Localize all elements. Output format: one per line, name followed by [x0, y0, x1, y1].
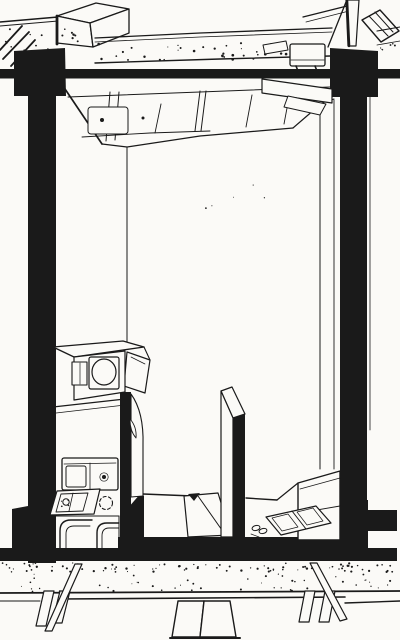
stipple-dot [221, 54, 224, 57]
stipple-dot [32, 563, 33, 564]
grill-knob [102, 475, 106, 479]
stipple-dot [226, 45, 228, 47]
stipple-dot [241, 48, 242, 49]
stipple-dot [6, 43, 7, 44]
stipple-dot [282, 569, 284, 571]
stipple-dot [390, 44, 392, 46]
stipple-dot [341, 567, 343, 569]
stipple-dot [364, 580, 365, 581]
stipple-dot [9, 567, 11, 569]
stipple-dot [306, 567, 308, 569]
stipple-dot [233, 197, 234, 198]
stipple-dot [5, 41, 7, 43]
stipple-dot [264, 565, 265, 566]
stipple-dot [159, 564, 160, 565]
stipple-dot [391, 571, 393, 573]
stipple-dot [278, 574, 279, 575]
stipple-dot [77, 40, 79, 42]
stipple-dot [389, 565, 391, 567]
stipple-dot [253, 185, 254, 186]
stipple-dot [368, 570, 370, 572]
stipple-dot [11, 571, 12, 572]
stipple-dot [285, 53, 288, 56]
stipple-dot [387, 584, 388, 585]
stipple-dot [240, 569, 242, 571]
stipple-dot [72, 33, 74, 35]
speaker-box [72, 362, 87, 385]
stipple-dot [185, 568, 187, 570]
stipple-dot [205, 564, 206, 565]
stipple-dot [282, 575, 284, 577]
ceiling-dot-2 [142, 117, 145, 120]
stipple-dot [51, 570, 53, 572]
stipple-dot [127, 59, 129, 61]
right-column-head [330, 48, 378, 97]
stipple-dot [335, 576, 336, 577]
stipple-dot [61, 505, 63, 507]
stipple-dot [250, 567, 251, 568]
stipple-dot [31, 588, 32, 589]
stipple-dot [111, 569, 112, 570]
stipple-dot [193, 564, 194, 565]
stipple-dot [34, 574, 35, 575]
stipple-dot [256, 51, 258, 53]
stipple-dot [33, 577, 35, 579]
stipple-dot [39, 588, 40, 589]
ceiling-light-dot [100, 118, 104, 122]
stipple-dot [200, 587, 202, 589]
stipple-dot [342, 565, 344, 567]
partition-front-face [221, 391, 233, 537]
stipple-dot [344, 570, 346, 572]
stipple-dot [30, 34, 31, 35]
stipple-dot [187, 579, 189, 581]
stipple-dot [304, 566, 306, 568]
stipple-dot [159, 59, 161, 61]
stipple-dot [26, 570, 28, 572]
stipple-dot [180, 47, 182, 49]
stipple-dot [270, 570, 272, 572]
stipple-dot [52, 566, 53, 567]
stipple-dot [13, 568, 14, 569]
stipple-dot [268, 571, 270, 573]
stipple-dot [103, 570, 104, 571]
stipple-dot [267, 567, 269, 569]
right-base-stub-beam [366, 510, 397, 531]
stipple-dot [223, 56, 225, 58]
stipple-dot [257, 568, 259, 570]
stipple-dot [231, 58, 234, 61]
stipple-dot [131, 583, 132, 584]
stipple-dot [81, 568, 83, 570]
stipple-dot [240, 42, 242, 44]
vent-box [290, 44, 325, 66]
stipple-dot [36, 566, 38, 568]
stipple-dot [68, 499, 70, 501]
stipple-dot [97, 43, 100, 46]
stipple-dot [355, 584, 357, 586]
stipple-dot [41, 34, 43, 36]
ceiling-light-panel [88, 107, 128, 134]
stipple-dot [280, 52, 282, 54]
stipple-dot [219, 564, 221, 566]
stipple-dot [257, 54, 259, 56]
stipple-dot [297, 569, 298, 570]
stipple-dot [115, 55, 117, 57]
drawing-scene [0, 0, 400, 640]
stipple-dot [394, 45, 396, 47]
capsule-drawing-canvas: Capsule room cutaway axonometric ink dra… [0, 0, 400, 640]
stipple-dot [247, 578, 249, 580]
stipple-dot [21, 586, 22, 587]
stipple-dot [24, 563, 26, 565]
stipple-dot [178, 50, 179, 51]
stipple-dot [161, 589, 163, 591]
stipple-dot [382, 49, 383, 50]
left-column-foot [12, 506, 28, 548]
tv-cabinet-open-door [124, 352, 150, 393]
stipple-dot [174, 587, 175, 588]
partition-dark-edge [233, 414, 245, 537]
stipple-dot [264, 197, 265, 198]
stipple-dot [332, 566, 333, 567]
stipple-dot [137, 582, 138, 583]
stipple-dot [357, 565, 358, 566]
stipple-dot [138, 582, 140, 584]
stipple-dot [229, 565, 231, 567]
stipple-dot [107, 587, 109, 589]
stipple-dot [99, 584, 101, 586]
stipple-dot [177, 45, 178, 46]
stipple-dot [231, 54, 234, 57]
stipple-dot [122, 51, 124, 53]
stipple-dot [134, 565, 135, 566]
stipple-dot [35, 562, 37, 564]
stipple-dot [131, 47, 133, 49]
stipple-dot [152, 570, 154, 572]
stipple-dot [362, 574, 364, 576]
stipple-dot [30, 581, 32, 583]
floor-pedestal-right [200, 601, 236, 637]
stipple-dot [93, 570, 95, 572]
stipple-dot [211, 205, 212, 206]
stipple-dot [340, 564, 342, 566]
stipple-dot [115, 566, 117, 568]
stipple-dot [184, 569, 185, 570]
stipple-dot [243, 55, 245, 57]
stipple-dot [261, 583, 262, 584]
stipple-dot [389, 580, 391, 582]
stipple-dot [362, 569, 364, 571]
stipple-dot [179, 565, 181, 567]
stipple-dot [64, 28, 66, 30]
stipple-dot [104, 567, 106, 569]
stipple-dot [114, 568, 116, 570]
stipple-dot [68, 505, 70, 507]
left-column-head [14, 48, 66, 96]
stipple-dot [164, 563, 166, 565]
stipple-dot [329, 567, 330, 568]
stipple-dot [31, 569, 33, 571]
stipple-dot [72, 562, 73, 563]
stipple-dot [35, 45, 37, 47]
right-column [340, 95, 367, 555]
stipple-dot [61, 34, 63, 36]
stipple-dot [350, 571, 352, 573]
stipple-dot [291, 580, 293, 582]
stipple-dot [302, 566, 304, 568]
stipple-dot [274, 587, 275, 588]
stipple-dot [180, 585, 181, 586]
stipple-dot [167, 46, 168, 47]
stipple-dot [381, 564, 383, 566]
tv-screen [92, 359, 116, 385]
stipple-dot [376, 564, 378, 566]
capsule-axonometric-drawing: Capsule room cutaway axonometric ink dra… [0, 0, 400, 640]
stipple-dot [214, 47, 216, 49]
stipple-dot [10, 46, 12, 48]
stipple-dot [282, 566, 284, 568]
stipple-dot [28, 564, 30, 566]
stipple-dot [378, 587, 379, 588]
stipple-dot [125, 567, 127, 569]
stipple-dot [197, 566, 199, 568]
stipple-dot [294, 581, 296, 583]
stipple-dot [62, 565, 64, 567]
stipple-dot [386, 571, 388, 573]
stipple-dot [392, 43, 394, 45]
stipple-dot [193, 50, 196, 53]
stipple-dot [191, 589, 193, 591]
stipple-dot [222, 53, 224, 55]
floor-pedestal-left [172, 601, 204, 637]
stipple-dot [380, 47, 381, 48]
stipple-dot [152, 568, 153, 569]
stipple-dot [240, 588, 242, 590]
stipple-dot [370, 586, 371, 587]
stipple-dot [115, 571, 117, 573]
stipple-dot [133, 575, 135, 577]
stipple-dot [273, 570, 274, 571]
stipple-dot [9, 28, 11, 30]
stipple-dot [265, 575, 267, 577]
stipple-dot [281, 587, 282, 588]
stipple-dot [347, 565, 349, 567]
stipple-dot [143, 56, 145, 58]
stipple-dot [61, 501, 62, 502]
stipple-dot [6, 564, 8, 566]
stipple-dot [111, 564, 113, 566]
stipple-dot [342, 581, 344, 583]
stipple-dot [2, 562, 4, 564]
stipple-dot [306, 587, 308, 589]
stipple-dot [216, 567, 218, 569]
left-column [28, 94, 56, 563]
kitchen-side-shadow-strip [120, 392, 131, 540]
stipple-dot [192, 583, 194, 585]
stipple-dot [338, 568, 340, 570]
stipple-dot [348, 562, 350, 564]
stipple-dot [226, 570, 228, 572]
stipple-dot [252, 58, 254, 60]
stipple-dot [202, 46, 204, 48]
stipple-dot [304, 580, 305, 581]
stipple-dot [163, 59, 165, 61]
stipple-dot [66, 567, 68, 569]
stipple-dot [127, 571, 128, 572]
stipple-dot [351, 566, 353, 568]
stipple-dot [285, 562, 287, 564]
stipple-dot [71, 32, 73, 34]
stipple-dot [100, 58, 102, 60]
stipple-dot [155, 568, 156, 569]
stipple-dot [205, 207, 207, 209]
stipple-dot [152, 585, 154, 587]
stipple-dot [72, 37, 74, 39]
stipple-dot [369, 582, 370, 583]
